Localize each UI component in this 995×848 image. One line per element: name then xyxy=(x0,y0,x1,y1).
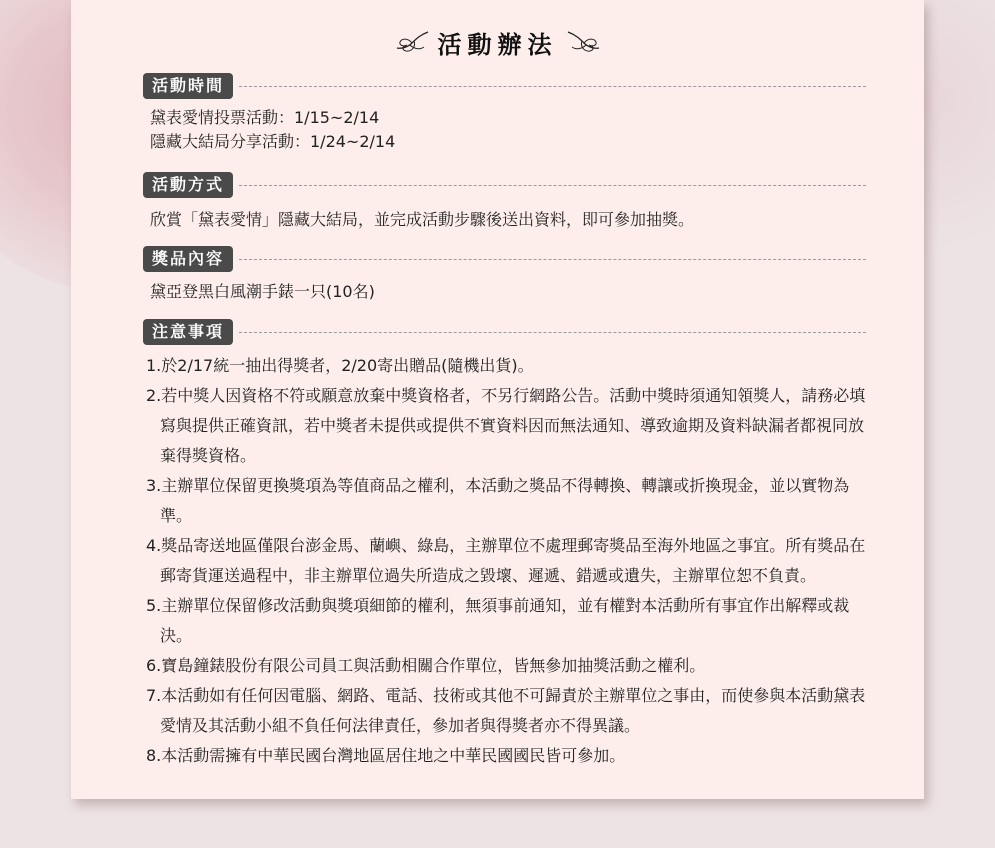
section-prize-label: 獎品內容 xyxy=(143,246,233,272)
time-line-vote: 黛表愛情投票活動：1/15~2/14 xyxy=(150,106,866,130)
section-method-label: 活動方式 xyxy=(143,172,233,198)
note-item: 8.本活動需擁有中華民國台灣地區居住地之中華民國國民皆可參加。 xyxy=(146,741,866,771)
note-item: 2.若中獎人因資格不符或願意放棄中獎資格者，不另行網路公告。活動中獎時須通知領獎… xyxy=(146,381,866,471)
note-item: 5.主辦單位保留修改活動與獎項細節的權利，無須事前通知，並有權對本活動所有事宜作… xyxy=(146,591,866,651)
section-time-label: 活動時間 xyxy=(143,73,233,99)
page-title: 活動辦法 xyxy=(71,22,924,62)
dotted-divider xyxy=(239,332,866,333)
prize-text: 黛亞登黑白風潮手錶一只(10名) xyxy=(150,280,866,304)
dotted-divider xyxy=(239,86,866,87)
method-text: 欣賞「黛表愛情」隱藏大結局，並完成活動步驟後送出資料，即可參加抽獎。 xyxy=(150,208,866,232)
dotted-divider xyxy=(239,185,866,186)
section-time: 活動時間 黛表愛情投票活動：1/15~2/14 隱藏大結局分享活動：1/24~2… xyxy=(143,73,866,154)
rules-card: 活動辦法 活動時間 黛表愛情投票活動：1/15~2/14 隱藏大結局分享活動：1… xyxy=(71,0,924,799)
dotted-divider xyxy=(239,259,866,260)
section-method: 活動方式 欣賞「黛表愛情」隱藏大結局，並完成活動步驟後送出資料，即可參加抽獎。 xyxy=(143,172,866,232)
note-item: 7.本活動如有任何因電腦、網路、電話、技術或其他不可歸責於主辦單位之事由，而使參… xyxy=(146,681,866,741)
note-item: 1.於2/17統一抽出得獎者，2/20寄出贈品(隨機出貨)。 xyxy=(146,351,866,381)
time-line-share: 隱藏大結局分享活動：1/24~2/14 xyxy=(150,130,866,154)
notes-list: 1.於2/17統一抽出得獎者，2/20寄出贈品(隨機出貨)。 2.若中獎人因資格… xyxy=(143,351,866,771)
flourish-left-icon xyxy=(394,29,430,55)
section-notes-label: 注意事項 xyxy=(143,319,233,345)
section-prize: 獎品內容 黛亞登黑白風潮手錶一只(10名) xyxy=(143,246,866,304)
note-item: 3.主辦單位保留更換獎項為等值商品之權利，本活動之獎品不得轉換、轉讓或折換現金，… xyxy=(146,471,866,531)
note-item: 6.寶島鐘錶股份有限公司員工與活動相關合作單位，皆無參加抽獎活動之權利。 xyxy=(146,651,866,681)
flourish-right-icon xyxy=(566,29,602,55)
note-item: 4.獎品寄送地區僅限台澎金馬、蘭嶼、綠島，主辦單位不處理郵寄獎品至海外地區之事宜… xyxy=(146,531,866,591)
section-notes: 注意事項 1.於2/17統一抽出得獎者，2/20寄出贈品(隨機出貨)。 2.若中… xyxy=(143,319,866,771)
title-text: 活動辦法 xyxy=(438,25,558,60)
